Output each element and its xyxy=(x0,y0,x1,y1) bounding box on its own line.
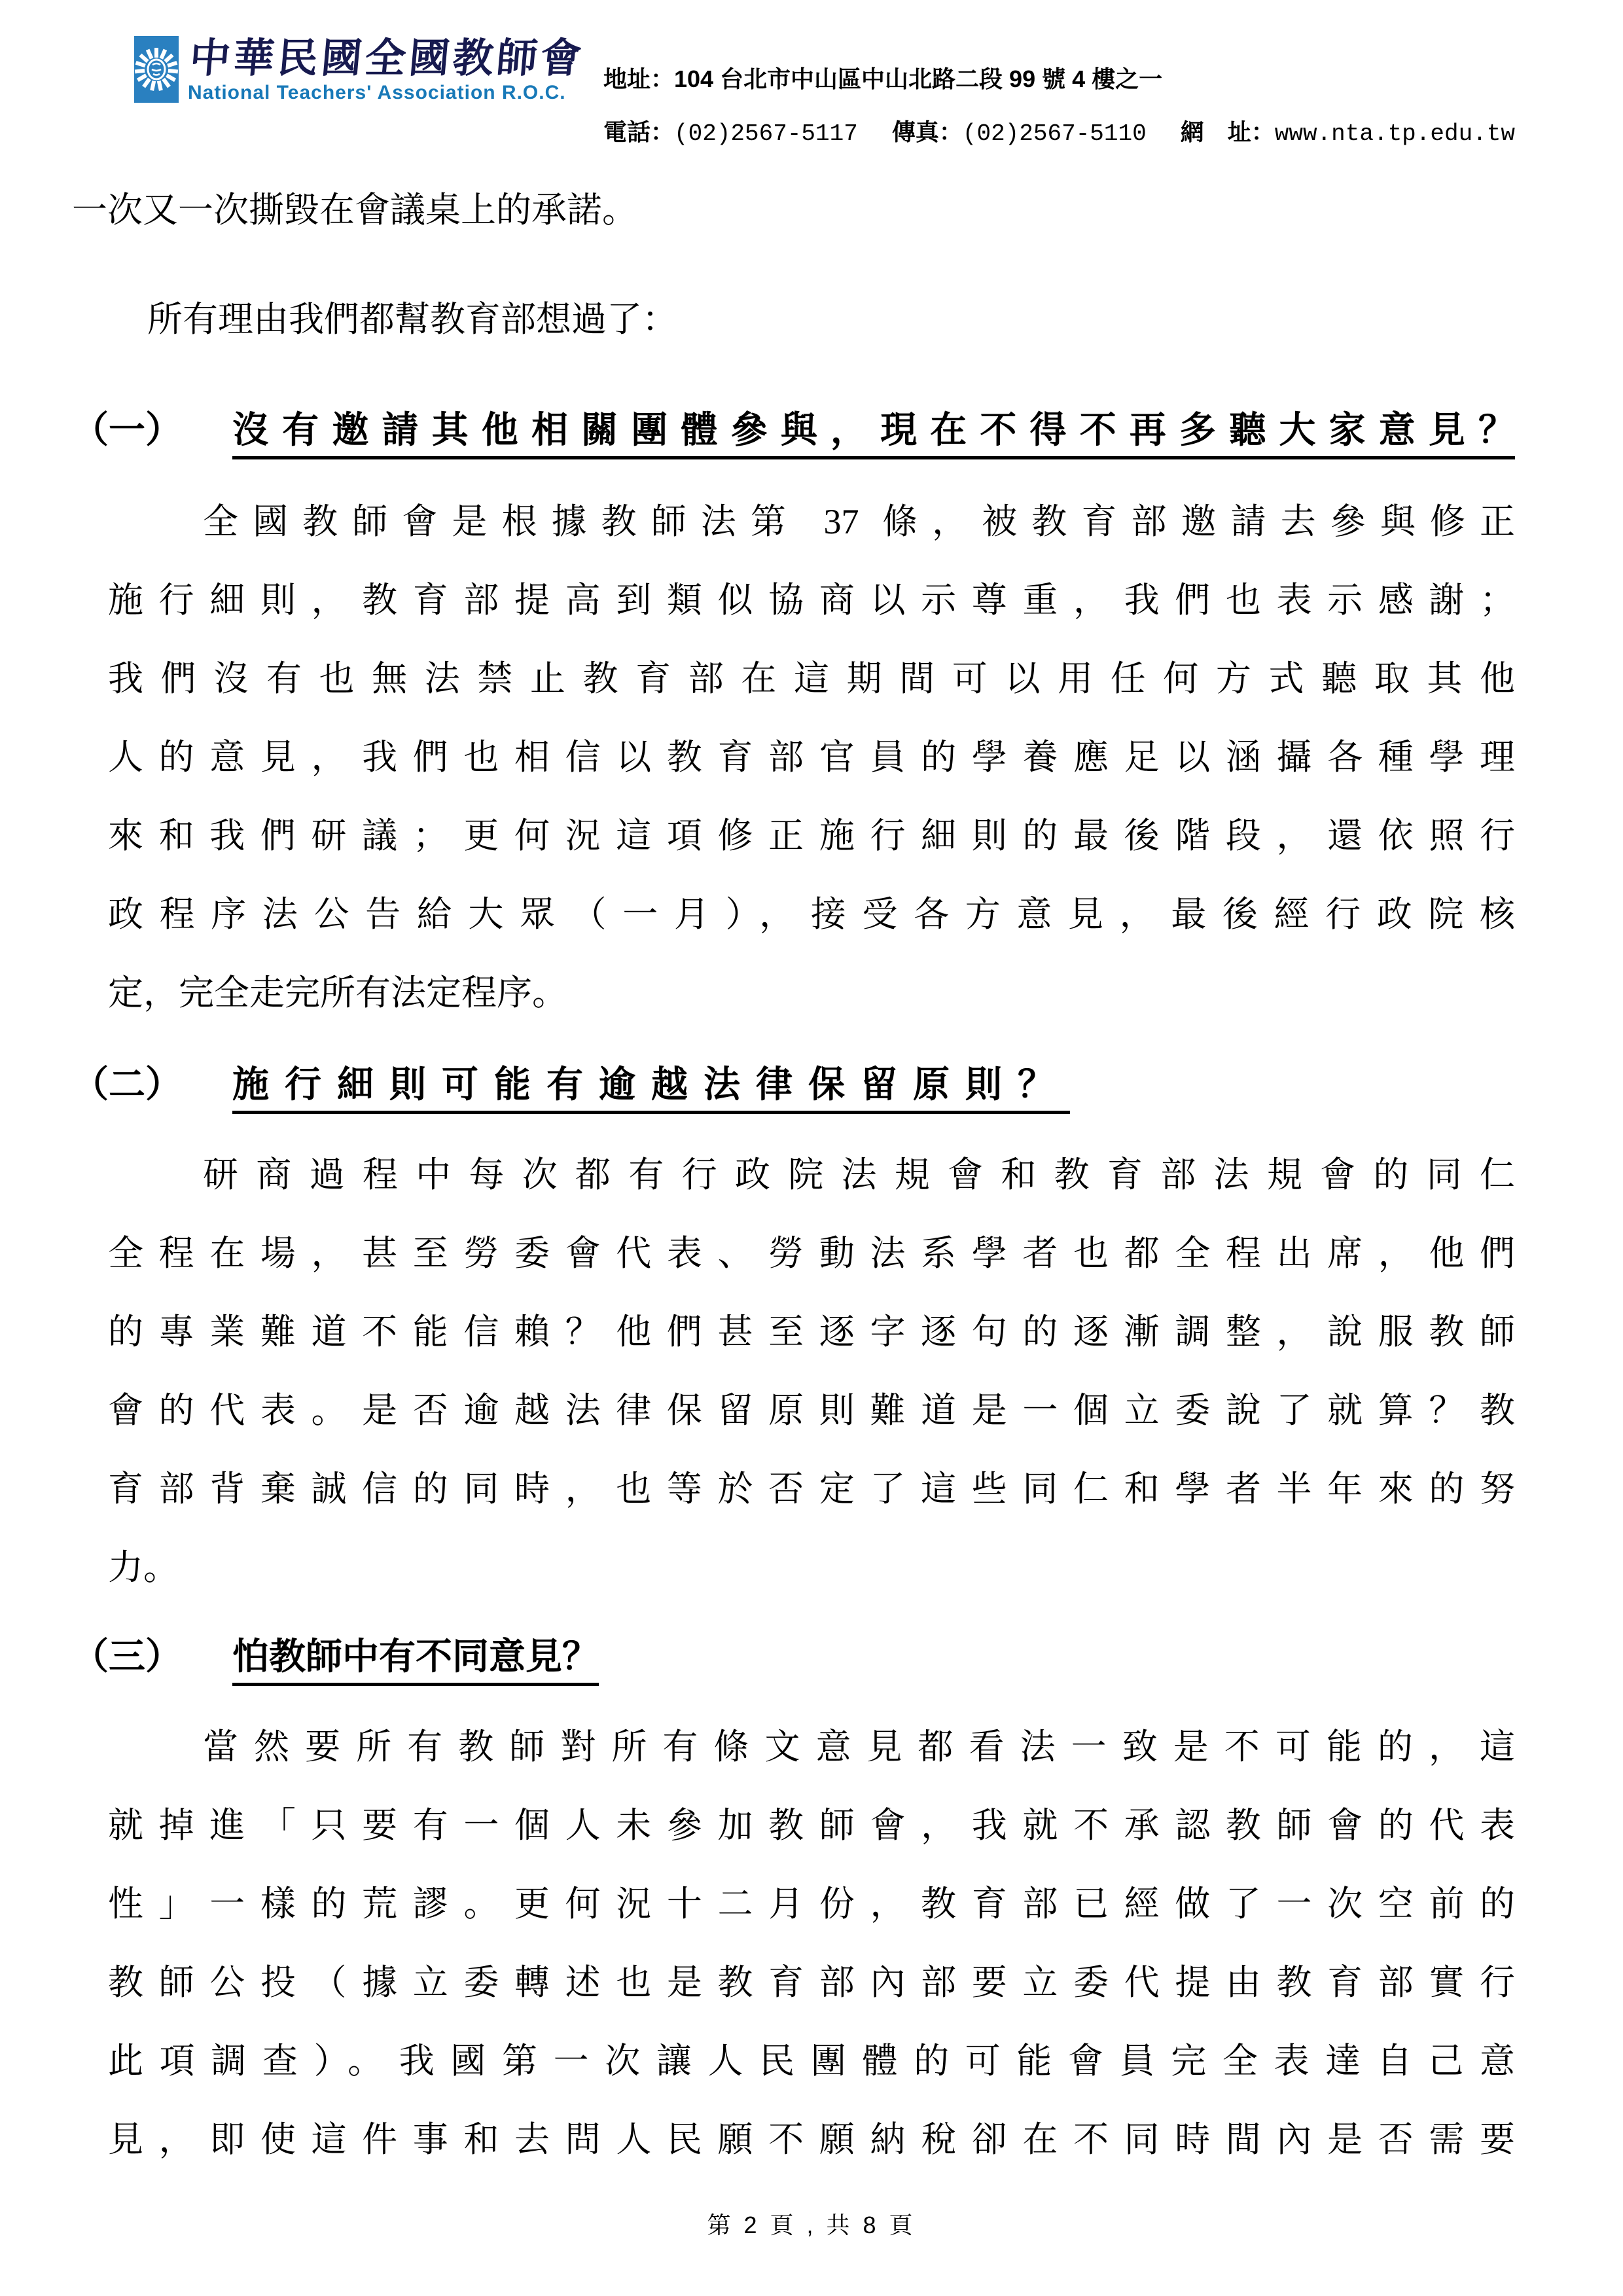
paragraph-line: 人的意見，我們也相信以教育部官員的學養應足以涵攝各種學理 xyxy=(108,718,1515,797)
paragraph-line: 見，即使這件事和去問人民願不願納稅卻在不同時間內是否需要 xyxy=(108,2100,1515,2179)
org-name-en: National Teachers' Association R.O.C. xyxy=(188,82,582,104)
phone-label: 電話： xyxy=(603,114,674,147)
paragraph-line: 會的代表。是否逾越法律保留原則難道是一個立委說了就算？教 xyxy=(108,1371,1515,1450)
section-1-heading-row: （一） 沒有邀請其他相關團體參與，現在不得不再多聽大家意見？ xyxy=(72,391,1515,471)
fax-value: (02)2567-5110 xyxy=(963,120,1147,147)
document-page: 中華民國全國教師會 National Teachers' Association… xyxy=(0,0,1623,2296)
page-number: 第 2 頁 , 共 8 頁 xyxy=(707,2212,916,2238)
paragraph-line: 我們沒有也無法禁止教育部在這期間可以用任何方式聽取其他 xyxy=(108,639,1515,718)
nta-sunflower-logo-icon xyxy=(134,36,179,103)
section-number: （三） xyxy=(72,1617,232,1697)
section-1-paragraph: 全國教師會是根據教師法第 37 條，被教育部邀請去參與修正 施行細則，教育部提高… xyxy=(108,482,1515,1032)
brand-block: 中華民國全國教師會 National Teachers' Association… xyxy=(134,36,582,104)
paragraph-line: 教師公投（據立委轉述也是教育部內部要立委代提由教育部實行 xyxy=(108,1943,1515,2022)
section-number: （二） xyxy=(72,1045,232,1125)
phone-value: (02)2567-5117 xyxy=(674,120,858,147)
phone-fax-web-line: 電話： (02)2567-5117 傳真： (02)2567-5110 網 址：… xyxy=(603,114,1515,147)
section-3-heading-row: （三） 怕教師中有不同意見？ xyxy=(72,1617,1515,1697)
address-line: 地址： 104 台北市中山區中山北路二段 99 號 4 樓之一 xyxy=(603,61,1515,94)
org-name-zh: 中華民國全國教師會 xyxy=(188,36,586,81)
section-2-heading-row: （二） 施行細則可能有逾越法律保留原則？ xyxy=(72,1045,1515,1125)
lead-paragraph: 所有理由我們都幫教育部想過了： xyxy=(147,279,1515,359)
paragraph-line: 政程序法公告給大眾（一月），接受各方意見，最後經行政院核 xyxy=(108,875,1515,954)
section-heading: 施行細則可能有逾越法律保留原則？ xyxy=(232,1062,1070,1114)
paragraph-line: 力。 xyxy=(108,1528,1515,1607)
paragraph-line: 全程在場，甚至勞委會代表、勞動法系學者也都全程出席，他們 xyxy=(108,1214,1515,1293)
section-heading: 沒有邀請其他相關團體參與，現在不得不再多聽大家意見？ xyxy=(232,407,1515,459)
fax-label: 傳真： xyxy=(892,114,963,147)
paragraph-line: 性」一樣的荒謬。更何況十二月份，教育部已經做了一次空前的 xyxy=(108,1865,1515,1943)
address-value: 104 台北市中山區中山北路二段 99 號 4 樓之一 xyxy=(674,61,1162,94)
paragraph-line: 施行細則，教育部提高到類似協商以示尊重，我們也表示感謝； xyxy=(108,561,1515,639)
org-names: 中華民國全國教師會 National Teachers' Association… xyxy=(188,36,582,104)
section-3-paragraph: 當然要所有教師對所有條文意見都看法一致是不可能的，這 就掉進「只要有一個人未參加… xyxy=(108,1708,1515,2179)
page-footer: 第 2 頁 , 共 8 頁 xyxy=(0,2207,1623,2240)
paragraph-line: 定，完全走完所有法定程序。 xyxy=(108,954,1515,1032)
contact-info: 地址： 104 台北市中山區中山北路二段 99 號 4 樓之一 電話： (02)… xyxy=(603,36,1515,147)
paragraph-line: 當然要所有教師對所有條文意見都看法一致是不可能的，這 xyxy=(108,1708,1515,1786)
intro-paragraph: 一次又一次撕毀在會議桌上的承諾。 xyxy=(72,170,1515,250)
paragraph-line: 來和我們研議；更何況這項修正施行細則的最後階段，還依照行 xyxy=(108,797,1515,875)
web-label: 網 址： xyxy=(1181,114,1275,147)
paragraph-line: 育部背棄誠信的同時，也等於否定了這些同仁和學者半年來的努 xyxy=(108,1450,1515,1528)
section-2-paragraph: 研商過程中每次都有行政院法規會和教育部法規會的同仁 全程在場，甚至勞委會代表、勞… xyxy=(108,1136,1515,1607)
address-label: 地址： xyxy=(603,61,674,94)
web-value: www.nta.tp.edu.tw xyxy=(1275,120,1515,147)
section-heading: 怕教師中有不同意見？ xyxy=(232,1634,599,1686)
paragraph-line: 全國教師會是根據教師法第 37 條，被教育部邀請去參與修正 xyxy=(108,482,1515,561)
paragraph-line: 研商過程中每次都有行政院法規會和教育部法規會的同仁 xyxy=(108,1136,1515,1214)
paragraph-line: 就掉進「只要有一個人未參加教師會，我就不承認教師會的代表 xyxy=(108,1786,1515,1865)
letterhead: 中華民國全國教師會 National Teachers' Association… xyxy=(0,0,1623,147)
paragraph-line: 的專業難道不能信賴？他們甚至逐字逐句的逐漸調整，說服教師 xyxy=(108,1293,1515,1371)
paragraph-line: 此項調查）。我國第一次讓人民團體的可能會員完全表達自己意 xyxy=(108,2022,1515,2100)
section-number: （一） xyxy=(72,391,232,471)
